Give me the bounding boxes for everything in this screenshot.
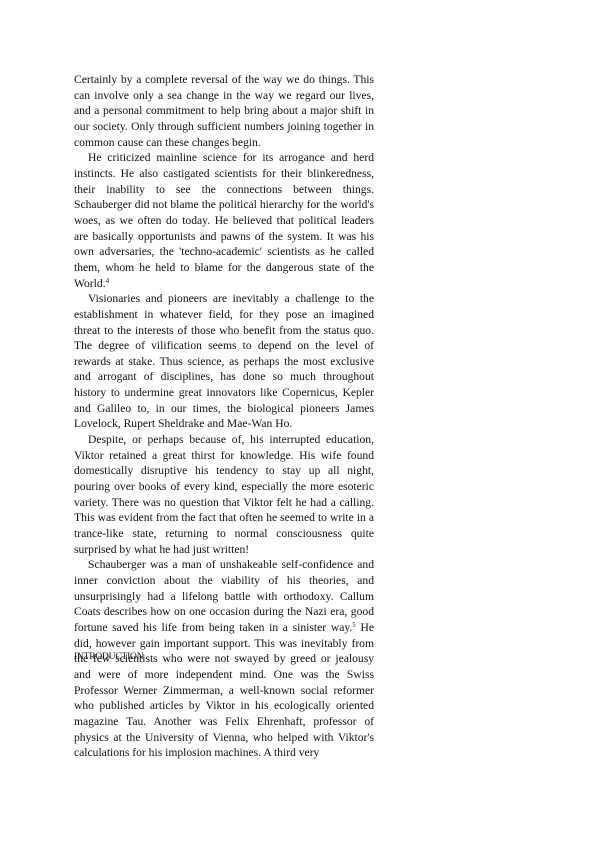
running-footer: INTRODUCTION [74, 652, 143, 662]
paragraph-2: He criticized mainline science for its a… [74, 150, 374, 291]
paragraph-4: Despite, or perhaps because of, his inte… [74, 432, 374, 557]
paragraph-1: Certainly by a complete reversal of the … [74, 72, 374, 150]
document-page: Certainly by a complete reversal of the … [0, 0, 595, 842]
paragraph-5-text-a: Schauberger was a man of unshakeable sel… [74, 558, 374, 634]
paragraph-5-text-b: He did, however gain important support. … [74, 621, 374, 759]
paragraph-2-text: He criticized mainline science for its a… [74, 151, 374, 289]
footnote-ref-4[interactable]: 4 [106, 277, 110, 285]
paragraph-3: Visionaries and pioneers are inevitably … [74, 291, 374, 432]
